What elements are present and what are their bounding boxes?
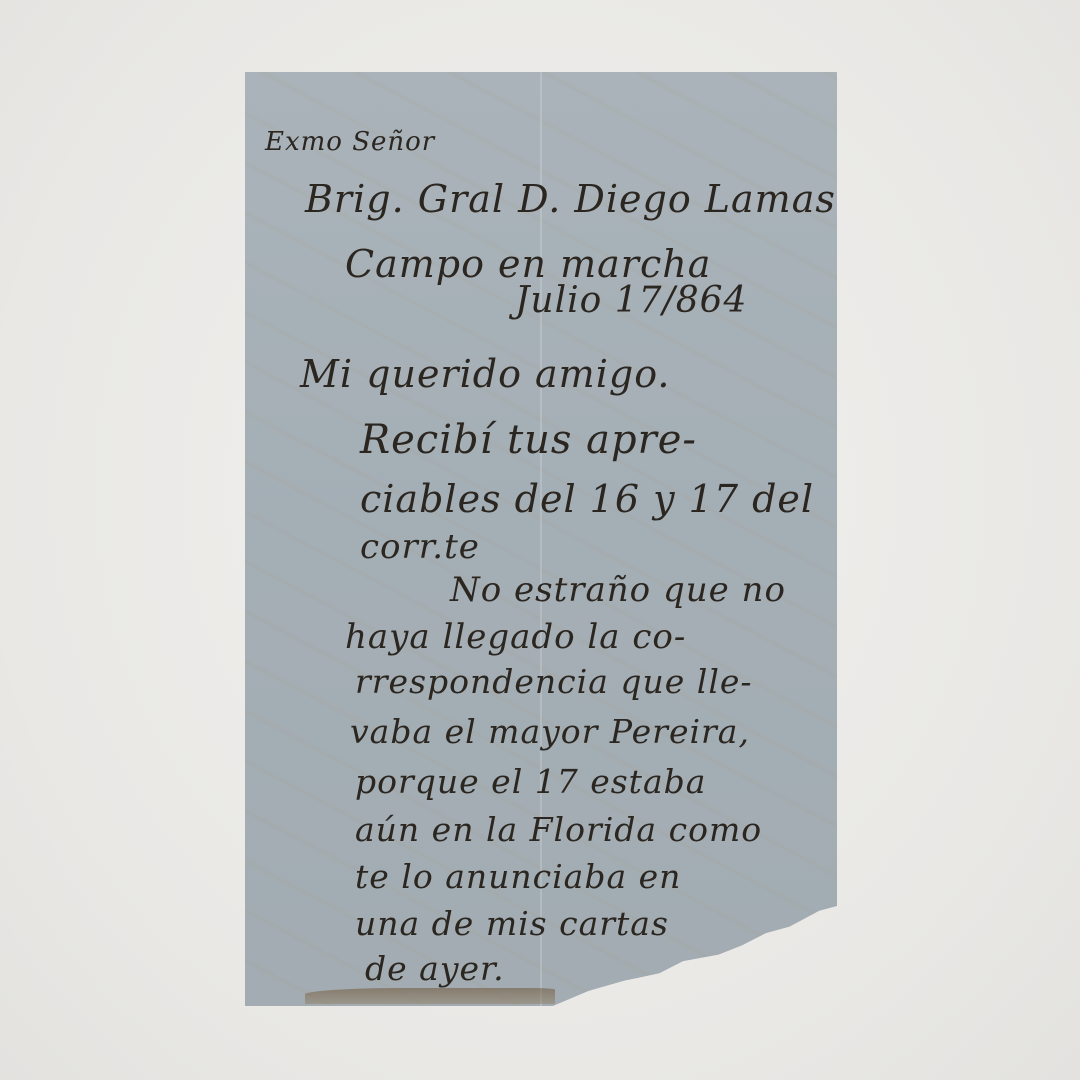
body-line: No estraño que no (450, 570, 786, 610)
greeting: Mi querido amigo. (300, 352, 671, 396)
recipient-name: Brig. Gral D. Diego Lamas. (305, 177, 849, 221)
letter-paper: Exmo Señor Brig. Gral D. Diego Lamas. Ca… (245, 72, 837, 1006)
body-line: te lo anunciaba en (355, 857, 681, 896)
salutation-title: Exmo Señor (265, 127, 435, 157)
body-line: corr.te (360, 527, 480, 567)
body-line: de ayer. (365, 949, 505, 988)
body-line: rrespondencia que lle- (355, 662, 753, 701)
body-line: ciables del 16 y 17 del (360, 477, 814, 521)
body-line: Recibí tus apre- (360, 417, 697, 463)
body-line: haya llegado la co- (345, 617, 686, 657)
date-line: Julio 17/864 (515, 280, 747, 321)
body-line: porque el 17 estaba (355, 762, 706, 801)
body-line: una de mis cartas (355, 904, 669, 943)
body-line: aún en la Florida como (355, 810, 762, 849)
body-line: vaba el mayor Pereira, (350, 712, 750, 751)
bottom-edge-stain (305, 988, 555, 1004)
